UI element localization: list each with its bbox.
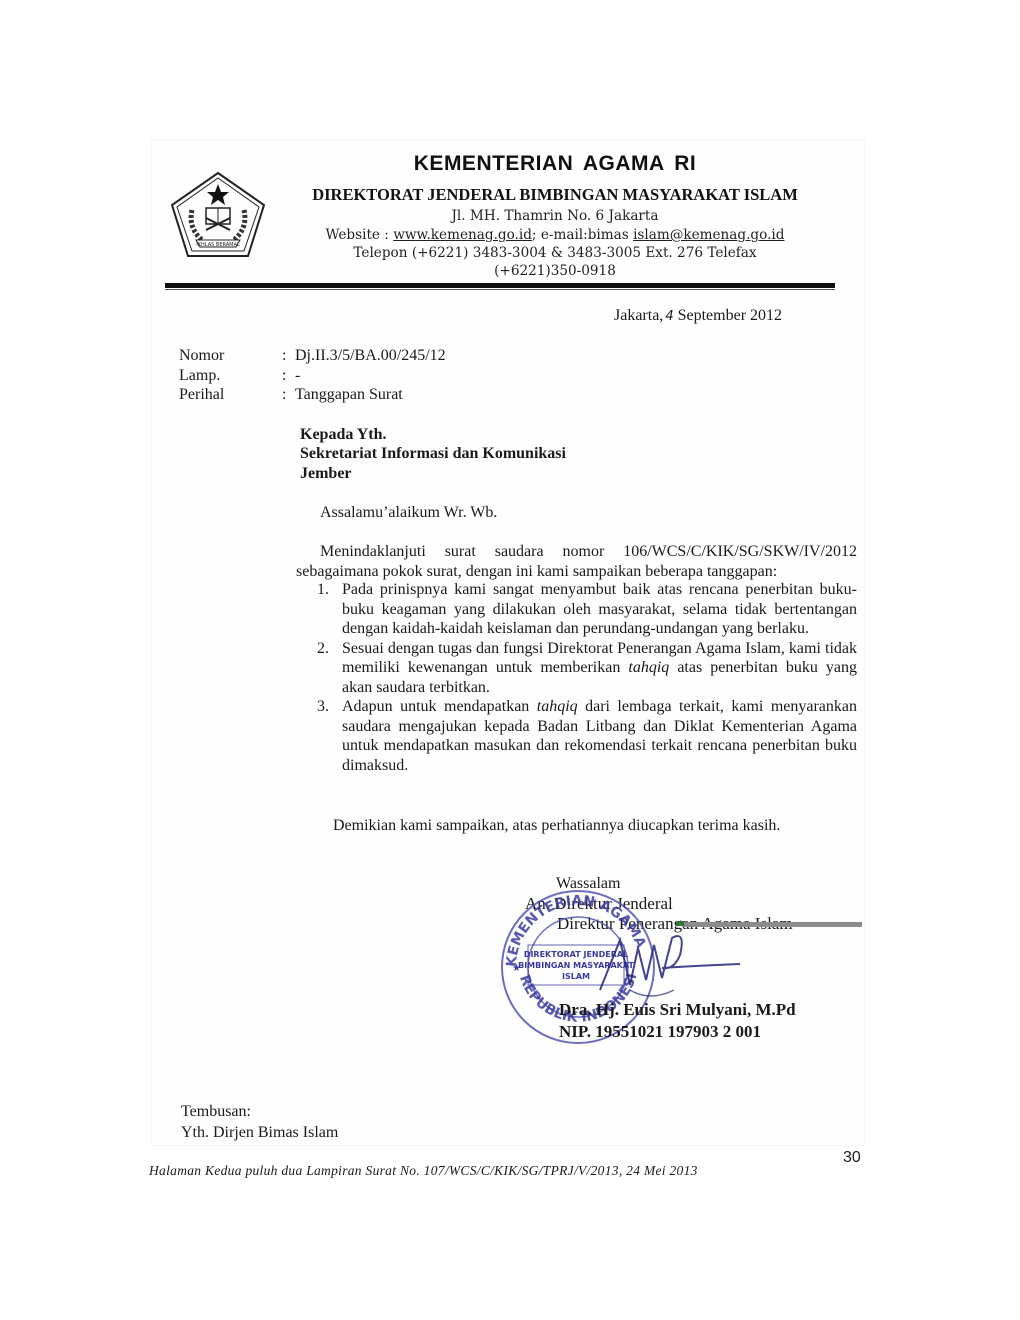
ministry-emblem-icon: IKHLAS BERAMAL (168, 170, 268, 260)
meta-colon: : (282, 367, 286, 385)
list-item: 2. Sesuai dengan tugas dan fungsi Direkt… (296, 639, 857, 698)
page-footer: Halaman Kedua puluh dua Lampiran Surat N… (149, 1163, 698, 1179)
signer-nip: NIP. 19551021 197903 2 001 (559, 1022, 761, 1042)
letterhead-divider (165, 283, 835, 288)
website-label: Website : (326, 227, 394, 243)
on-behalf: An. Direktur Jenderal (525, 894, 673, 914)
meta-label-perihal: Perihal (179, 386, 224, 404)
recipient-city: Jember (300, 465, 352, 483)
letter-date: Jakarta,4September 2012 (614, 307, 782, 325)
valediction: Wassalam (556, 875, 620, 893)
contact-web-email: Website : www.kemenag.go.id; e-mail:bima… (300, 227, 810, 243)
scan-artifact-bar (682, 922, 862, 927)
meta-value-lamp: - (295, 367, 300, 385)
cc-label: Tembusan: (181, 1103, 251, 1121)
meta-value-nomor: Dj.II.3/5/BA.00/245/12 (295, 347, 446, 365)
fax: (+6221)350-0918 (300, 263, 810, 279)
ministry-name: KEMENTERIAN AGAMA RI (300, 152, 810, 176)
list-item: 3. Adapun untuk mendapatkan tahqiq dari … (296, 697, 857, 775)
intro-paragraph: Menindaklanjuti surat saudara nomor 106/… (296, 542, 857, 581)
meta-label-nomor: Nomor (179, 347, 224, 365)
address: Jl. MH. Thamrin No. 6 Jakarta (300, 208, 810, 224)
cc-recipient: Yth. Dirjen Bimas Islam (181, 1124, 338, 1142)
handwritten-day: 4 (665, 309, 673, 324)
response-list: 1. Pada prinispnya kami sangat menyambut… (296, 580, 857, 775)
letterhead-divider-thin (165, 289, 835, 290)
website-link[interactable]: www.kemenag.go.id (393, 227, 532, 243)
meta-colon: : (282, 386, 286, 404)
meta-colon: : (282, 347, 286, 365)
recipient-name: Sekretariat Informasi dan Komunikasi (300, 445, 566, 463)
meta-label-lamp: Lamp. (179, 367, 220, 385)
page-number: 30 (843, 1149, 861, 1167)
directorate-name: DIREKTORAT JENDERAL BIMBINGAN MASYARAKAT… (300, 185, 810, 205)
recipient-salutation: Kepada Yth. (300, 426, 387, 444)
phone: Telepon (+6221) 3483-3004 & 3483-3005 Ex… (300, 245, 810, 261)
scan-artifact-mark (676, 921, 684, 926)
greeting: Assalamu’alaikum Wr. Wb. (320, 504, 497, 522)
svg-text:IKHLAS BERAMAL: IKHLAS BERAMAL (196, 242, 240, 248)
signer-name: Dra. Hj. Euis Sri Mulyani, M.Pd (559, 1000, 796, 1020)
closing-sentence: Demikian kami sampaikan, atas perhatiann… (333, 817, 780, 835)
meta-value-perihal: Tanggapan Surat (295, 386, 403, 404)
email-link[interactable]: islam@kemenag.go.id (633, 227, 784, 243)
list-item: 1. Pada prinispnya kami sangat menyambut… (296, 580, 857, 639)
email-label: ; e-mail:bimas (532, 227, 633, 243)
